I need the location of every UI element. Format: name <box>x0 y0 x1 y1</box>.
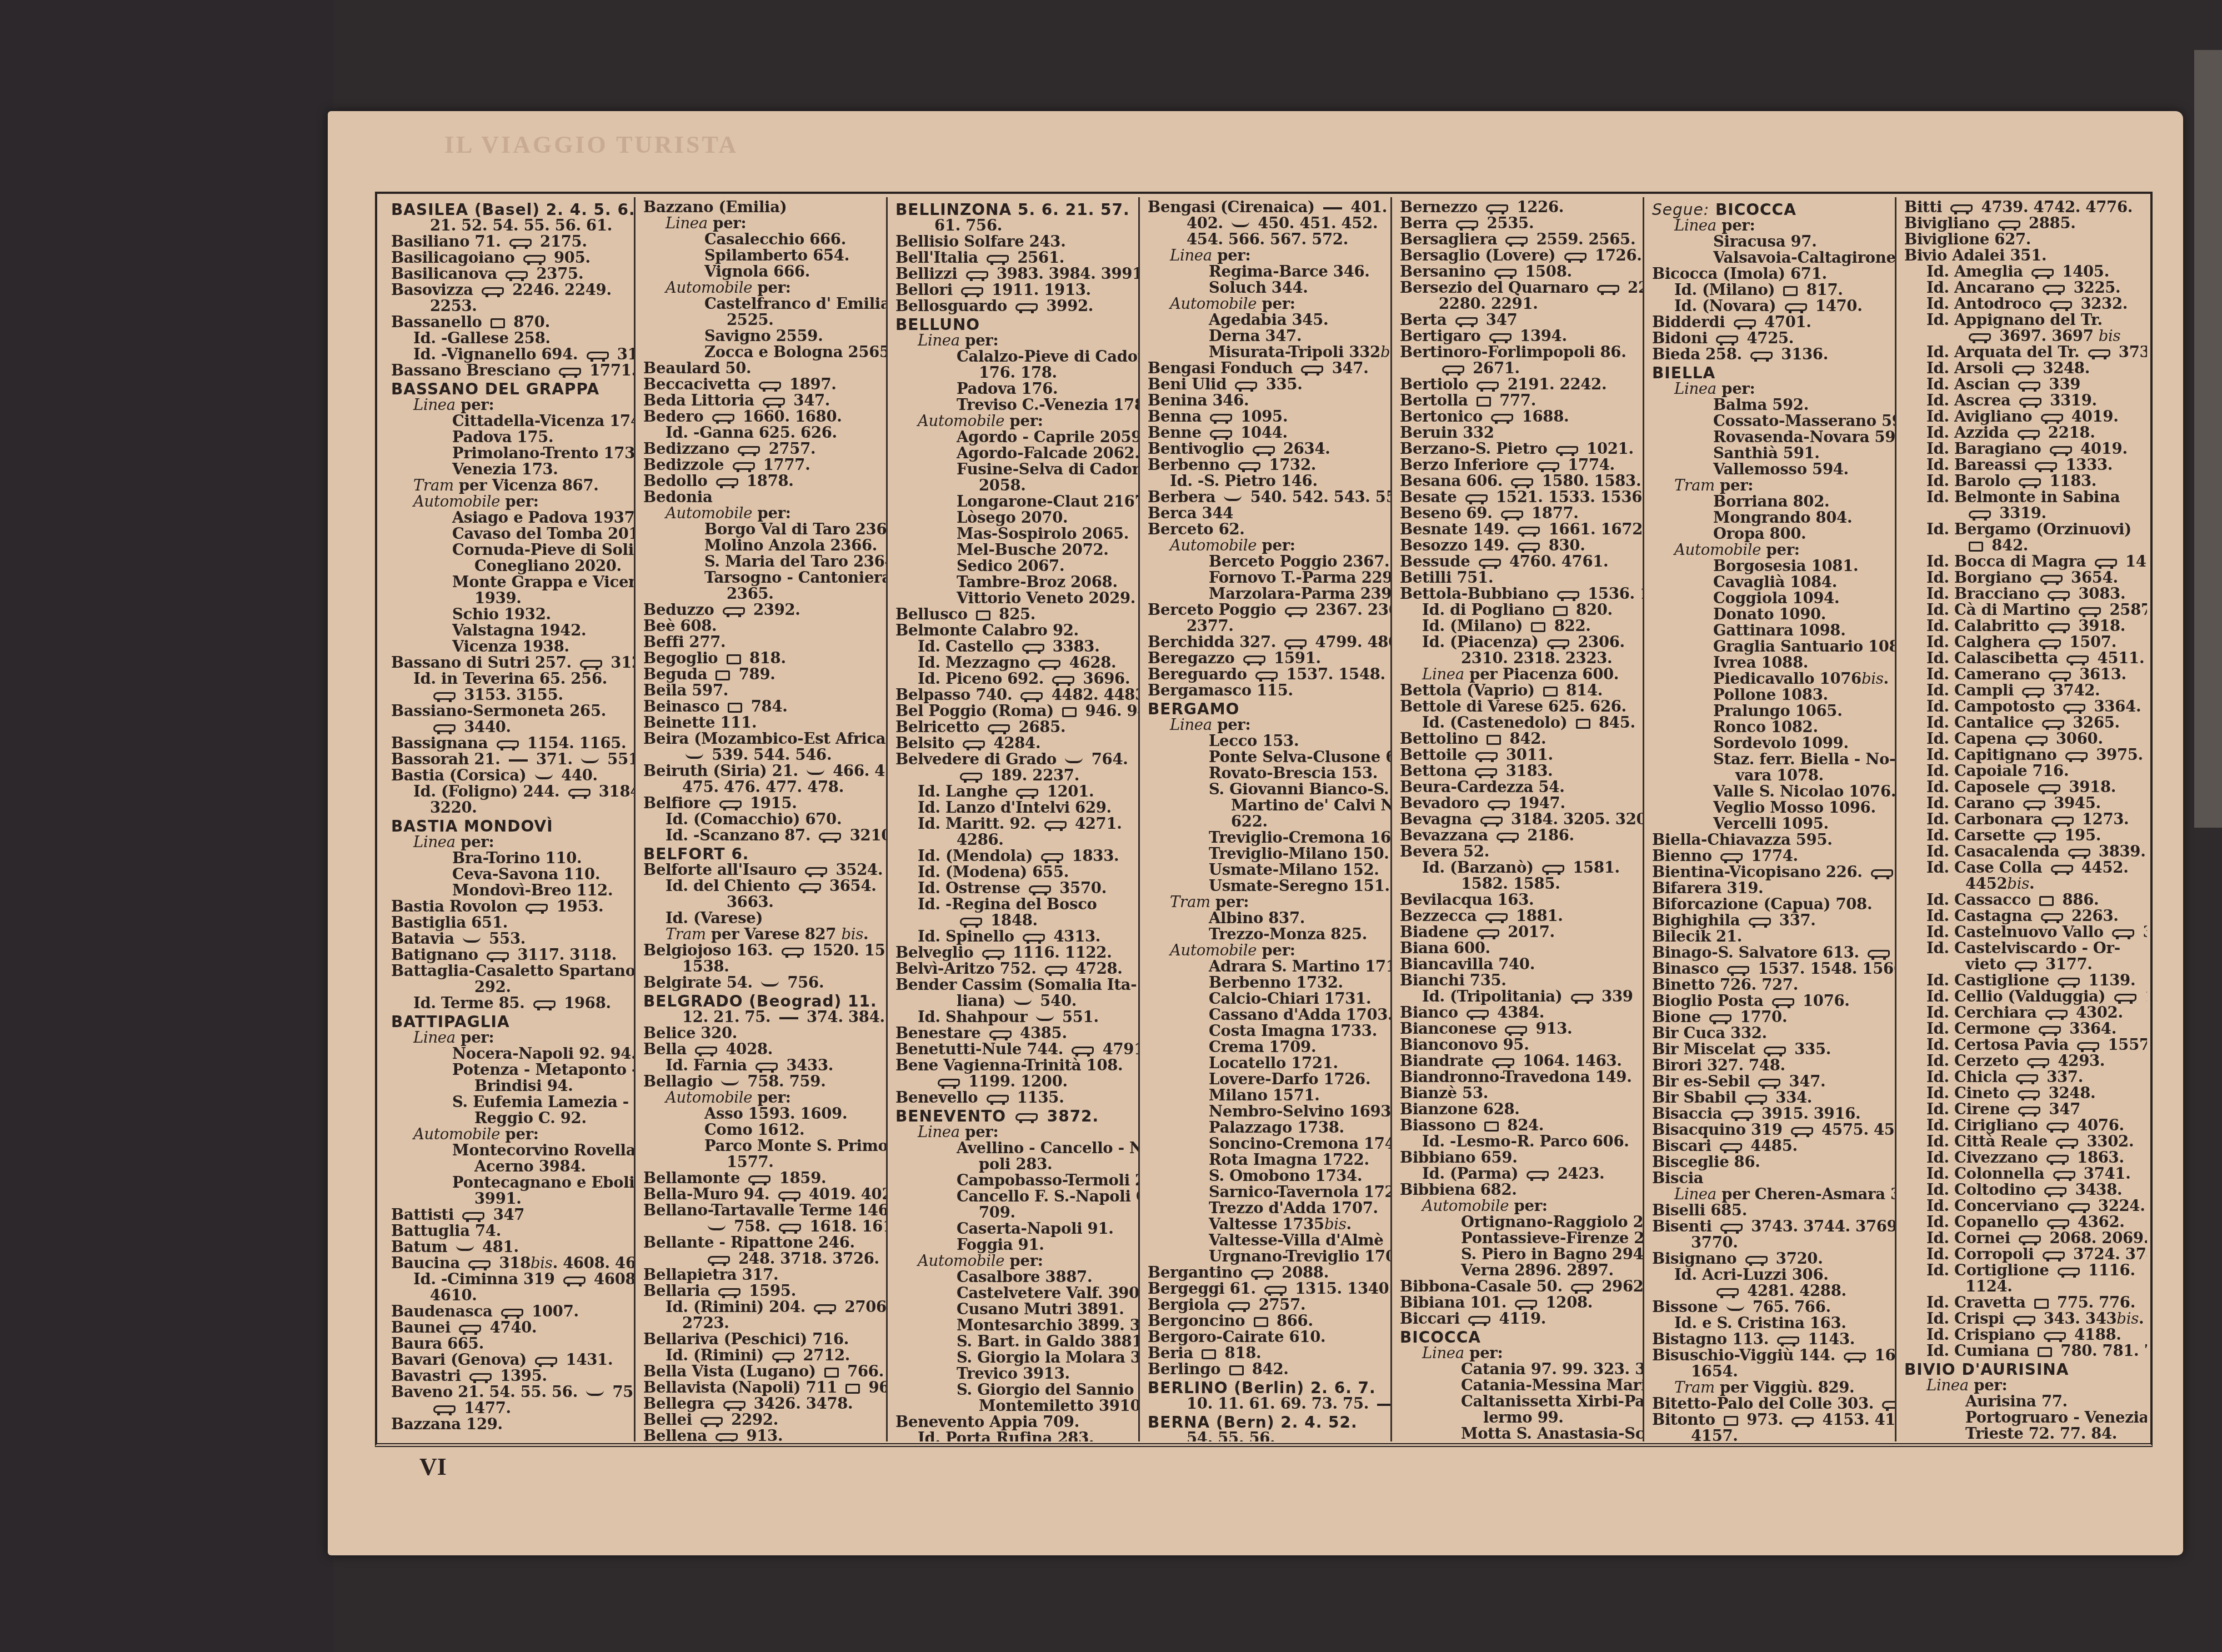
index-columns: BASILEA (Basel) 2. 4. 5. 6.21. 52. 54. 5… <box>383 197 2147 1441</box>
index-entry: Cittadella-Vicenza 174. <box>391 413 628 429</box>
index-entry: Bitti 4739. 4742. 4776. <box>1904 199 2141 216</box>
index-entry: 1199. 1200. <box>895 1074 1133 1090</box>
index-entry: Id. Cantalice 3265. <box>1904 715 2141 731</box>
index-entry: Besozzo 149. 830. <box>1400 538 1637 554</box>
automobile-bus-icon <box>1844 1353 1866 1360</box>
index-entry: Spilamberto 654. <box>643 248 880 264</box>
airplane-icon <box>1323 207 1342 209</box>
index-entry: Id. Copanello 4362. <box>1904 1214 2141 1230</box>
index-entry: 2723. <box>643 1315 880 1331</box>
automobile-bus-icon <box>1485 913 1508 921</box>
automobile-bus-icon <box>1564 253 1587 261</box>
airplane-icon <box>779 1017 798 1019</box>
automobile-bus-icon <box>2088 349 2110 357</box>
index-entry: Crema 1709. <box>1148 1039 1385 1055</box>
automobile-bus-icon <box>1709 1014 1731 1022</box>
index-entry: Biandronno-Travedona 149. <box>1400 1069 1637 1085</box>
index-entry: Id. Porta Rufina 283. <box>895 1430 1133 1441</box>
index-entry: Berzano-S. Pietro 1021. <box>1400 441 1637 457</box>
index-entry: Sordevolo 1099. <box>1652 735 1889 752</box>
automobile-bus-icon <box>1716 1288 1739 1296</box>
index-entry: Berta 347 <box>1400 312 1637 328</box>
automobile-bus-icon <box>1727 966 1749 974</box>
index-entry: Id. -Vignanello 694. 3158 <box>391 347 628 363</box>
automobile-bus-icon <box>1494 269 1517 277</box>
automobile-bus-icon <box>1720 1143 1742 1151</box>
index-entry: 1124. <box>1904 1279 2141 1295</box>
index-entry: Id. Cumiana 780. 781. 782 <box>1904 1343 2141 1359</box>
index-entry: Id. Capoiale 716. <box>1904 763 2141 779</box>
ship-icon <box>1065 758 1083 763</box>
automobile-bus-icon <box>1489 333 1512 341</box>
automobile-bus-icon <box>1537 462 1559 470</box>
index-entry: Begoglio 818. <box>643 650 880 667</box>
index-entry: Id. Piceno 692. 3696. <box>895 671 1133 687</box>
index-entry: Molino Anzola 2366. <box>643 538 880 554</box>
index-entry: Bieda 258. 3136. <box>1652 347 1889 363</box>
index-entry: Monte Grappa e Vicenza <box>391 574 628 590</box>
index-entry: Oropa 800. <box>1652 526 1889 542</box>
index-entry: Id. Castelnuovo Vallo 3997 <box>1904 924 2141 940</box>
ship-icon <box>721 1080 739 1085</box>
automobile-bus-icon <box>2040 575 2063 583</box>
automobile-bus-icon <box>487 952 509 960</box>
index-entry: Betilli 751. <box>1400 570 1637 586</box>
index-entry: Tarsogno - Cantoniera <box>643 570 880 586</box>
automobile-bus-icon <box>1505 237 1528 244</box>
index-entry: Besana 606. 1580. 1583. <box>1400 473 1637 489</box>
index-entry: Valtesse 1735bis. <box>1148 1217 1385 1233</box>
index-entry: Cornuda-Pieve di Soligo- <box>391 542 628 558</box>
index-entry: Bianzone 628. <box>1400 1102 1637 1118</box>
index-entry: Bergantino 2088. <box>1148 1265 1385 1281</box>
index-entry: Potenza - Metaponto - <box>391 1062 628 1078</box>
index-entry: Bella Vista (Lugano) 766. <box>643 1364 880 1380</box>
index-entry: Berlingo 842. <box>1148 1361 1385 1378</box>
index-entry: Linea per: <box>1652 381 1889 397</box>
index-entry: Benevello 1135. <box>895 1090 1133 1106</box>
index-entry: Id. Civezzano 1863. <box>1904 1150 2141 1166</box>
ship-icon <box>807 769 824 775</box>
automobile-bus-icon <box>1720 1224 1743 1232</box>
index-entry: Mondovì-Breo 112. <box>391 883 628 899</box>
index-entry: Bellori 1911. 1913. <box>895 282 1133 298</box>
automobile-bus-icon <box>1571 994 1593 1002</box>
index-entry: Id. Spinello 4313. <box>895 929 1133 945</box>
index-entry: Bevadoro 1947. <box>1400 795 1637 812</box>
automobile-bus-icon <box>2018 1090 2040 1098</box>
index-entry: Bergeggi 61. 1315. 1340. <box>1148 1281 1385 1297</box>
index-heading: BIELLA <box>1652 365 1889 381</box>
automobile-bus-icon <box>1044 821 1067 829</box>
index-entry: Cavaso del Tomba 2010. <box>391 526 628 542</box>
index-entry: Id. Bracciano 3083. <box>1904 586 2141 602</box>
automobile-bus-icon <box>2015 962 2037 969</box>
index-entry: Montecorvino Rovella - <box>391 1143 628 1159</box>
index-entry: Berceto 62. <box>1148 522 1385 538</box>
index-entry: Id. Cornei 2068. 2069. <box>1904 1230 2141 1246</box>
index-entry: Belforte all'Isauro 3524. <box>643 862 880 878</box>
index-entry: Id. Ancarano 3225. <box>1904 280 2141 296</box>
automobile-bus-icon <box>1785 303 1807 311</box>
index-entry: 54. 55. 56. <box>1148 1430 1385 1441</box>
automobile-bus-icon <box>2051 865 2073 873</box>
automobile-bus-icon <box>1505 1026 1527 1034</box>
index-entry: Id. Crispiano 4188. <box>1904 1327 2141 1343</box>
index-entry: Bighighila 337. <box>1652 913 1889 929</box>
index-entry: Belveglio 1116. 1122. <box>895 945 1133 961</box>
index-entry: Benna 1095. <box>1148 409 1385 425</box>
automobile-bus-icon <box>2019 1235 2041 1243</box>
index-entry: Bione 1770. <box>1652 1009 1889 1025</box>
index-entry: Bel Poggio (Roma) 946. 948 <box>895 703 1133 719</box>
index-entry: Id. Cassacco 886. <box>1904 892 2141 908</box>
automobile-bus-icon <box>1210 414 1232 422</box>
index-heading: BELLUNO <box>895 317 1133 333</box>
index-entry: Id. -Gallese 258. <box>391 331 628 347</box>
index-entry: Beduzzo 2392. <box>643 602 880 618</box>
dark-background-left <box>0 0 333 1652</box>
index-entry: Bassano Bresciano 1771. <box>391 363 628 379</box>
index-entry: Bertigaro 1394. <box>1400 328 1637 344</box>
index-entry: Id. Corropoli 3724. 3741 <box>1904 1246 2141 1263</box>
index-entry: 292. <box>391 979 628 995</box>
index-entry: Valstagna 1942. <box>391 623 628 639</box>
index-entry: Bavastri 1395. <box>391 1368 628 1384</box>
index-entry: Bender Cassim (Somalia Ita- <box>895 977 1133 993</box>
index-heading: BICOCCA <box>1400 1329 1637 1345</box>
index-entry: Lecco 153. <box>1148 733 1385 749</box>
index-entry: 3663. <box>643 894 880 910</box>
automobile-bus-icon <box>1542 865 1564 873</box>
index-entry: Bibiana 101. 1208. <box>1400 1295 1637 1311</box>
index-entry: Id. Terme 85. 1968. <box>391 995 628 1012</box>
index-entry: Bertolla 777. <box>1400 393 1637 409</box>
tramway-icon <box>491 318 505 328</box>
index-entry: Bastiglia 651. <box>391 915 628 931</box>
index-entry: Beruin 332 <box>1400 425 1637 441</box>
index-entry: Bassorah 21. 371. 551. <box>391 752 628 768</box>
index-entry: Usmate-Milano 152. <box>1148 862 1385 878</box>
index-entry: Id. Avigliano 4019. <box>1904 409 2141 425</box>
index-entry: Id. Cellio (Valduggia) 1072. <box>1904 989 2141 1005</box>
automobile-bus-icon <box>2016 1074 2038 1082</box>
index-entry: Bergiola 2757. <box>1148 1297 1385 1313</box>
index-entry: Berceto Poggio 2367. 2369. <box>1148 602 1385 618</box>
index-entry: Ponte Selva-Clusone 624 <box>1148 749 1385 765</box>
index-entry: Bellariva (Peschici) 716. <box>643 1331 880 1348</box>
index-entry: Foggia 91. <box>895 1237 1133 1253</box>
automobile-bus-icon <box>1492 1058 1514 1066</box>
index-entry: Asiago e Padova 1937. <box>391 510 628 526</box>
index-entry: Bellegra 3426. 3478. <box>643 1396 880 1412</box>
index-entry: Bedollo 1878. <box>643 473 880 489</box>
index-entry: Bertinoro-Forlimpopoli 86. <box>1400 344 1637 361</box>
automobile-bus-icon <box>2025 736 2048 744</box>
automobile-bus-icon <box>2048 623 2070 631</box>
index-entry: Id. Calabritto 3918. <box>1904 618 2141 634</box>
automobile-bus-icon <box>1038 660 1060 668</box>
automobile-bus-icon <box>1488 800 1510 808</box>
index-column-5: Bernezzo 1226.Berra 2535.Bersagliera 255… <box>1392 197 1644 1441</box>
index-entry: Siracusa 97. <box>1652 234 1889 250</box>
index-entry: Piedicavallo 1076bis. 1077. <box>1652 671 1889 687</box>
index-entry: Biselli 685. <box>1652 1203 1889 1219</box>
index-entry: Batignano 3117. 3118. <box>391 947 628 963</box>
index-entry: Id. Bocca di Magra 1420 <box>1904 554 2141 570</box>
index-entry: Ronco 1082. <box>1652 719 1889 735</box>
automobile-bus-icon <box>506 271 528 279</box>
automobile-bus-icon <box>2095 559 2117 567</box>
automobile-bus-icon <box>433 692 456 700</box>
ship-icon <box>1726 1305 1744 1311</box>
automobile-bus-icon <box>559 368 581 376</box>
automobile-bus-icon <box>966 271 988 279</box>
ship-icon <box>1014 999 1032 1005</box>
index-entry: Catania 97. 99. 323. 324. <box>1400 1361 1637 1378</box>
index-entry: Montesarchio 3899. 3900. <box>895 1318 1133 1334</box>
index-entry: Bitonto 973. 4153. 4156. <box>1652 1412 1889 1428</box>
index-entry: Basilicanova 2375. <box>391 266 628 282</box>
automobile-bus-icon <box>1015 303 1038 311</box>
automobile-bus-icon <box>782 948 804 955</box>
automobile-bus-icon <box>805 867 827 875</box>
index-entry: Bianco 4384. <box>1400 1005 1637 1021</box>
automobile-bus-icon <box>2044 1332 2066 1340</box>
index-entry: Cassano d'Adda 1703. <box>1148 1007 1385 1023</box>
ship-icon <box>708 1225 725 1230</box>
automobile-bus-icon <box>1475 752 1498 760</box>
index-column-7: Bitti 4739. 4742. 4776.Bivigliano 2885.B… <box>1896 197 2147 1441</box>
index-column-1: BASILEA (Basel) 2. 4. 5. 6.21. 52. 54. 5… <box>383 197 635 1441</box>
automobile-bus-icon <box>2023 800 2045 808</box>
index-heading: BERNA (Bern) 2. 4. 52. <box>1148 1414 1385 1430</box>
automobile-bus-icon <box>1016 789 1038 797</box>
automobile-bus-icon <box>2043 1251 2065 1259</box>
automobile-bus-icon <box>1720 853 1743 861</box>
book-edge-right <box>2194 50 2222 828</box>
index-entry: Como 1612. <box>643 1122 880 1138</box>
automobile-bus-icon <box>2047 1219 2069 1227</box>
index-entry: Bellizzi 3983. 3984. 3991. <box>895 266 1133 282</box>
index-entry: vieto 3177. <box>1904 957 2141 973</box>
automobile-bus-icon <box>1442 366 1464 373</box>
index-entry: Bistagno 113. 1143. <box>1652 1331 1889 1348</box>
index-entry: Linea per: <box>895 333 1133 349</box>
index-entry: 402. 450. 451. 452. <box>1148 216 1385 232</box>
index-entry: Benina 346. <box>1148 393 1385 409</box>
index-entry: Savigno 2559. <box>643 328 880 344</box>
automobile-bus-icon <box>1467 1010 1489 1018</box>
automobile-bus-icon <box>1029 885 1051 893</box>
automobile-bus-icon <box>1052 676 1074 684</box>
index-entry: Biccari 4119. <box>1400 1311 1637 1327</box>
index-entry: Battaglia-Casaletto Spartano <box>391 963 628 979</box>
index-entry: Berbenno 1732. <box>1148 457 1385 473</box>
index-entry: Borriana 802. <box>1652 494 1889 510</box>
index-entry: Id. Carano 3945. <box>1904 795 2141 812</box>
index-entry: Bellaria 1595. <box>643 1283 880 1299</box>
automobile-bus-icon <box>1868 950 1890 958</box>
index-entry: Asso 1593. 1609. <box>643 1106 880 1122</box>
index-entry: Caltanissetta Xirbi-Pa- <box>1400 1394 1637 1410</box>
automobile-bus-icon <box>2053 1171 2075 1179</box>
index-entry: Batum 481. <box>391 1239 628 1255</box>
index-entry: Lovere-Darfo 1726. <box>1148 1072 1385 1088</box>
index-entry: 622. <box>1148 814 1385 830</box>
index-entry: Bevagna 3184. 3205. 3206. <box>1400 812 1637 828</box>
index-entry: Tram per: <box>1652 478 1889 494</box>
index-entry: Bastia Rovolon 1953. <box>391 899 628 915</box>
index-entry: Id. Arquata del Tr. 3736. <box>1904 344 2141 361</box>
index-entry: 1939. <box>391 590 628 607</box>
index-heading: BERGAMO <box>1148 701 1385 717</box>
automobile-bus-icon <box>1734 319 1756 327</box>
index-entry: Id. Ascian 339 <box>1904 377 2141 393</box>
index-entry: Id. Mezzagno 4628. <box>895 655 1133 671</box>
index-entry: Id. (Castenedolo) 845. <box>1400 715 1637 731</box>
index-entry: Automobile per: <box>1148 296 1385 312</box>
automobile-bus-icon <box>2039 1026 2061 1034</box>
index-heading: BELFORT 6. <box>643 846 880 862</box>
index-entry: Bisaccia 3915. 3916. <box>1652 1106 1889 1122</box>
index-entry: Bassignana 1154. 1165. <box>391 735 628 752</box>
index-entry: Bazzana 129. <box>391 1416 628 1433</box>
index-entry: Birori 327. 748. <box>1652 1058 1889 1074</box>
automobile-bus-icon <box>2018 382 2040 389</box>
index-entry: Treviglio-Cremona 164. <box>1148 830 1385 846</box>
index-entry: Id. Langhe 1201. <box>895 784 1133 800</box>
index-entry: Binago-S. Salvatore 613. 1617. <box>1652 945 1889 961</box>
automobile-bus-icon <box>1210 430 1232 438</box>
index-entry: Urgnano-Treviglio 1708. <box>1148 1249 1385 1265</box>
automobile-bus-icon <box>1749 918 1771 925</box>
automobile-bus-icon <box>1882 1401 1896 1409</box>
index-entry: Id. -Ganna 625. 626. <box>643 425 880 441</box>
index-entry: Id. (Comacchio) 670. <box>643 812 880 828</box>
index-entry: Belsito 4284. <box>895 735 1133 752</box>
index-column-2: Bazzano (Emilia)Linea per:Casalecchio 66… <box>635 197 888 1441</box>
automobile-bus-icon <box>1480 817 1503 824</box>
automobile-bus-icon <box>2049 672 2071 679</box>
automobile-bus-icon <box>799 883 821 891</box>
index-entry: Linea per: <box>1652 218 1889 234</box>
index-entry: Id. Azzida 2218. <box>1904 425 2141 441</box>
index-entry: Id. Cirigliano 4076. <box>1904 1118 2141 1134</box>
index-entry: Tram per Vicenza 867. <box>391 478 628 494</box>
automobile-bus-icon <box>938 1079 960 1087</box>
index-entry: Biscari 4485. <box>1652 1138 1889 1154</box>
index-entry: Biadene 2017. <box>1400 924 1637 940</box>
index-entry: Automobile per: <box>1652 542 1889 558</box>
index-entry: Bettola (Vaprio) 814. <box>1400 683 1637 699</box>
index-entry: Id. -Scanzano 87. 3210. <box>643 828 880 844</box>
index-entry: 1477. <box>391 1400 628 1416</box>
index-entry: Zocca e Bologna 2565. <box>643 344 880 361</box>
automobile-bus-icon <box>1969 333 1991 341</box>
index-heading: BIVIO D'AURISINA <box>1904 1361 2141 1378</box>
automobile-bus-icon <box>763 398 785 406</box>
automobile-bus-icon <box>1072 1047 1094 1054</box>
automobile-bus-icon <box>1497 833 1519 840</box>
automobile-bus-icon <box>1023 934 1045 942</box>
index-entry: Longarone-Claut 2167. <box>895 494 1133 510</box>
automobile-bus-icon <box>2041 414 2063 422</box>
index-entry: Rovato-Brescia 153. <box>1148 765 1385 782</box>
tramway-icon <box>845 1384 860 1394</box>
index-entry: liana) 540. <box>895 993 1133 1009</box>
index-entry: Id. e S. Cristina 163. <box>1652 1315 1889 1331</box>
index-entry: Id. (Modena) 655. <box>895 864 1133 880</box>
index-entry: Id. Campotosto 3364. <box>1904 699 2141 715</box>
index-heading: BENEVENTO 3872. <box>895 1108 1133 1124</box>
index-entry: Trezzo-Monza 825. <box>1148 927 1385 943</box>
automobile-bus-icon <box>1456 221 1478 228</box>
automobile-bus-icon <box>2035 462 2057 470</box>
index-entry: Belgiojoso 163. 1520. 1527. <box>643 943 880 959</box>
automobile-bus-icon <box>982 950 1004 958</box>
index-entry: Belvedere di Grado 764. <box>895 752 1133 768</box>
index-entry: Id. Capena 3060. <box>1904 731 2141 747</box>
index-entry: Rovasenda-Novara 595. <box>1652 429 1889 445</box>
index-entry: Beila 597. <box>643 683 880 699</box>
index-entry: Id. (Milano) 817. <box>1652 282 1889 298</box>
index-entry: Trevico 3913. <box>895 1366 1133 1382</box>
index-entry: Linea per: <box>391 397 628 413</box>
index-entry: Cancello F. S.-Napoli C. <box>895 1189 1133 1205</box>
index-entry: Baunei 4740. <box>391 1320 628 1336</box>
index-entry: Lòsego 2070. <box>895 510 1133 526</box>
index-entry: Cavaglià 1084. <box>1652 574 1889 590</box>
automobile-bus-icon <box>1764 1047 1786 1054</box>
automobile-bus-icon <box>759 382 781 389</box>
automobile-bus-icon <box>1486 204 1508 212</box>
automobile-bus-icon <box>2041 913 2063 921</box>
automobile-bus-icon <box>1571 1284 1593 1291</box>
index-entry: Regima-Barce 346. <box>1148 264 1385 280</box>
index-entry: Tram per Varese 827 bis. <box>643 927 880 943</box>
index-entry: Biviglione 627. <box>1904 232 2141 248</box>
index-entry: S. Bart. in Galdo 3881. <box>895 1334 1133 1350</box>
index-entry: Berzo Inferiore 1774. <box>1400 457 1637 473</box>
index-entry: Id. Crispi 343. 343bis. <box>1904 1311 2141 1327</box>
index-entry: Beccacivetta 1897. <box>643 377 880 393</box>
index-entry: Belvì-Aritzo 752. 4728. <box>895 961 1133 977</box>
automobile-bus-icon <box>748 1175 770 1183</box>
automobile-bus-icon <box>2051 817 2074 824</box>
index-entry: Tram per Viggiù. 829. <box>1652 1380 1889 1396</box>
automobile-bus-icon <box>2012 366 2034 373</box>
index-entry: Biassono 824. <box>1400 1118 1637 1134</box>
index-entry: Belfiore 1915. <box>643 795 880 812</box>
index-entry: Casalecchio 666. <box>643 232 880 248</box>
index-entry: Martino de' Calvi Nord <box>1148 798 1385 814</box>
automobile-bus-icon <box>2031 269 2054 277</box>
index-entry: Id. Appignano del Tr. <box>1904 312 2141 328</box>
index-entry: Biana 600. <box>1400 940 1637 957</box>
index-entry: Baura 665. <box>391 1336 628 1352</box>
index-entry: Bettola-Bubbiano 1536. 1554. <box>1400 586 1637 602</box>
index-entry: Automobile per: <box>643 1090 880 1106</box>
automobile-bus-icon <box>1518 527 1540 534</box>
automobile-bus-icon <box>712 414 734 422</box>
index-entry: Nembro-Selvino 1693. <box>1148 1104 1385 1120</box>
index-entry: Bellosguardo 3992. <box>895 298 1133 314</box>
index-entry: Bertonico 1688. <box>1400 409 1637 425</box>
automobile-bus-icon <box>459 1325 481 1333</box>
index-entry: Agedabia 345. <box>1148 312 1385 328</box>
index-entry: Id. Carsette 195. <box>1904 828 2141 844</box>
